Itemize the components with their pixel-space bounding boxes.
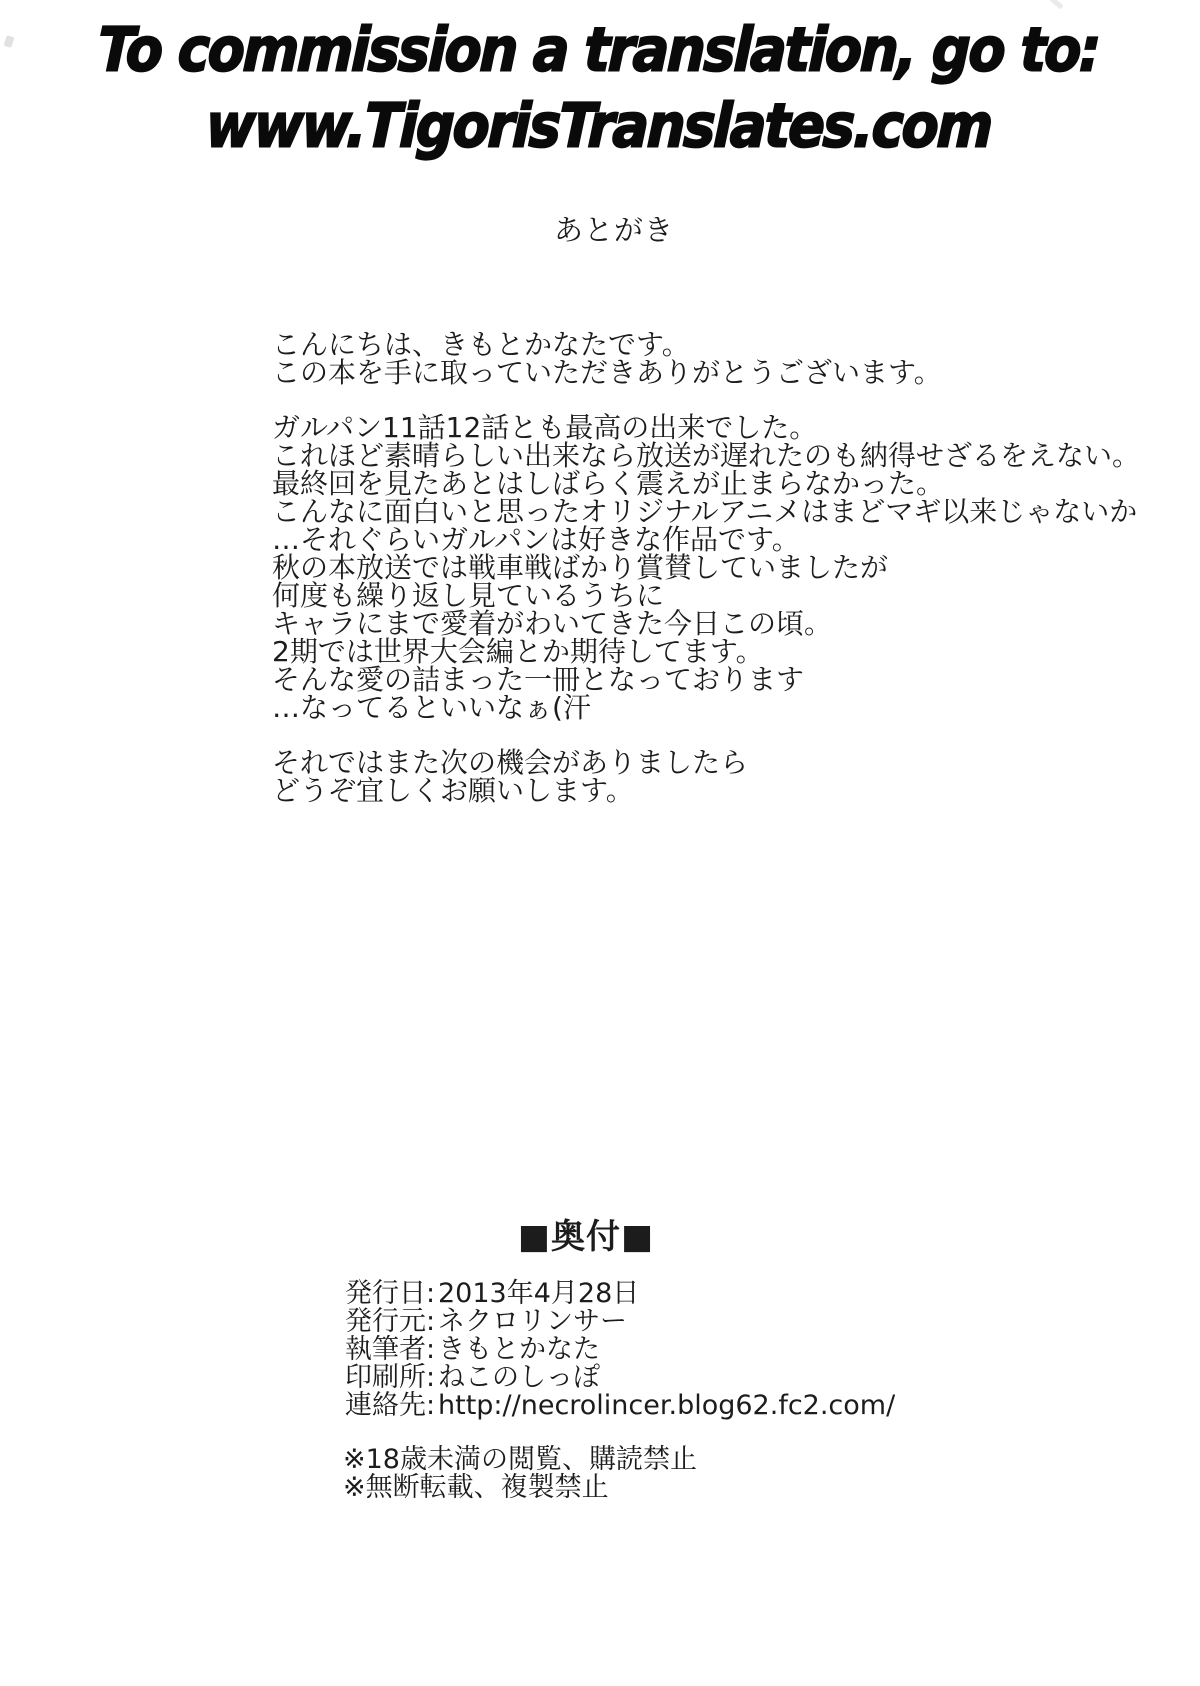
colophon-row-printer: 印刷所: ねこのしっぽ [345,1364,895,1392]
scanned-afterword-page: To commission a translation, go to: www.… [0,0,1200,1686]
colophon-heading: ■奥付■ [0,1209,1200,1258]
colophon-row-publisher: 発行元: ネクロリンサー [345,1308,895,1336]
colophon-value: ねこのしっぽ [438,1364,600,1392]
body-line: 秋の本放送では戦車戦ばかり賞賛していましたが [272,554,1172,582]
body-line: これほど素晴らしい出来なら放送が遅れたのも納得せざるをえない。 [272,442,1172,470]
body-line: この本を手に取っていただきありがとうございます。 [272,359,1172,387]
colophon-label: 連絡先: [345,1392,438,1420]
colophon-row-publication-date: 発行日: 2013年4月28日 [345,1280,895,1308]
body-line: そんな愛の詰まった一冊となっております [272,666,1172,694]
colophon-contact-url: http://necrolincer.blog62.fc2.com/ [438,1392,895,1420]
afterword-body: こんにちは、きもとかなたです。 この本を手に取っていただきありがとうございます。… [272,331,1172,832]
notice-age-restriction: ※18歳未満の閲覧、購読禁止 [343,1446,697,1474]
colophon-value: 2013年4月28日 [438,1280,639,1308]
colophon-value: きもとかなた [438,1336,600,1364]
colophon-label: 発行元: [345,1308,438,1336]
banner-line-2: www.TigorisTranslates.com [0,84,1200,169]
translator-banner: To commission a translation, go to: www.… [0,8,1200,160]
afterword-paragraph: こんにちは、きもとかなたです。 この本を手に取っていただきありがとうございます。 [272,331,1172,387]
body-line: どうぞ宜しくお願いします。 [272,777,1172,805]
colophon-label: 印刷所: [345,1364,438,1392]
colophon-label: 執筆者: [345,1336,438,1364]
colophon-row-contact: 連絡先: http://necrolincer.blog62.fc2.com/ [345,1392,895,1420]
restriction-notices: ※18歳未満の閲覧、購読禁止 ※無断転載、複製禁止 [343,1446,697,1502]
banner-line-1: To commission a translation, go to: [0,8,1200,93]
afterword-paragraph: それではまた次の機会がありましたら どうぞ宜しくお願いします。 [272,749,1172,805]
body-line: 2期では世界大会編とか期待してます。 [272,638,1172,666]
body-line: こんなに面白いと思ったオリジナルアニメはまどマギ以来じゃないか [272,498,1172,526]
body-line: 最終回を見たあとはしばらく震えが止まらなかった。 [272,470,1172,498]
notice-no-reproduction: ※無断転載、複製禁止 [343,1474,697,1502]
afterword-paragraph: ガルパン11話12話とも最高の出来でした。 これほど素晴らしい出来なら放送が遅れ… [272,414,1172,722]
body-line: …なってるといいなぁ(汗 [272,694,1172,722]
colophon-value: ネクロリンサー [438,1308,627,1336]
colophon-row-author: 執筆者: きもとかなた [345,1336,895,1364]
body-line: それではまた次の機会がありましたら [272,749,1172,777]
body-line: 何度も繰り返し見ているうちに [272,582,1172,610]
body-line: こんにちは、きもとかなたです。 [272,331,1172,359]
afterword-heading: あとがき [0,208,1200,249]
body-line: キャラにまで愛着がわいてきた今日この頃。 [272,610,1172,638]
body-line: ガルパン11話12話とも最高の出来でした。 [272,414,1172,442]
colophon-list: 発行日: 2013年4月28日 発行元: ネクロリンサー 執筆者: きもとかなた… [345,1280,895,1420]
body-line: …それぐらいガルパンは好きな作品です。 [272,526,1172,554]
colophon-label: 発行日: [345,1280,438,1308]
